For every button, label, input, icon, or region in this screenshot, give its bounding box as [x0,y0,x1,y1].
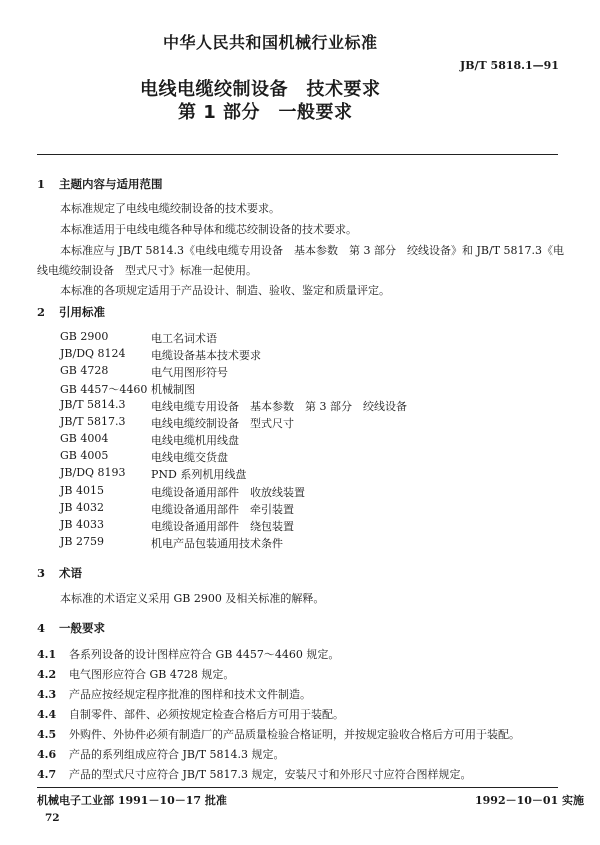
clause-number: 4.1 [37,648,69,661]
standard-code: JB/T 5818.1—91 [460,59,559,72]
approval-info: 机械电子工业部 1991－10－17 批准 [37,792,227,808]
section-4-heading: 4一般要求 [37,620,105,636]
reference-title: 电线电缆机用线盘 [151,432,239,448]
reference-code: JB 4015 [60,484,104,497]
reference-code: JB/DQ 8124 [60,347,126,360]
clause-text: 电气图形应符合 GB 4728 规定。 [69,668,234,681]
clause-number: 4.3 [37,688,69,701]
section-number: 3 [37,566,59,580]
section-title: 主题内容与适用范围 [59,177,163,191]
footer-divider [37,787,558,788]
clause-number: 4.5 [37,728,69,741]
clause-text: 外购件、外协件必须有制造厂的产品质量检验合格证明，并按规定验收合格后方可用于装配… [69,728,520,741]
reference-title: 电缆设备通用部件 牵引装置 [151,501,294,517]
paragraph: 本标准的术语定义采用 GB 2900 及相关标准的解释。 [60,590,324,606]
requirement-item: 4.4自制零件、部件、必须按规定检查合格后方可用于装配。 [37,706,344,722]
section-2-heading: 2引用标准 [37,304,105,320]
requirement-item: 4.5外购件、外协件必须有制造厂的产品质量检验合格证明，并按规定验收合格后方可用… [37,726,520,742]
reference-code: GB 4457～4460 [60,381,147,397]
paragraph: 本标准应与 JB/T 5814.3《电线电缆专用设备 基本参数 第 3 部分 绞… [60,242,564,258]
clause-text: 各系列设备的设计图样应符合 GB 4457～4460 规定。 [69,648,339,661]
reference-title: 机电产品包装通用技术条件 [151,535,283,551]
requirement-item: 4.1各系列设备的设计图样应符合 GB 4457～4460 规定。 [37,646,339,662]
reference-code: JB 4032 [60,501,104,514]
clause-text: 产品的系列组成应符合 JB/T 5814.3 规定。 [69,748,285,761]
paragraph: 本标准的各项规定适用于产品设计、制造、验收、鉴定和质量评定。 [60,282,390,298]
reference-title: 电线电缆专用设备 基本参数 第 3 部分 绞线设备 [151,398,407,414]
section-1-heading: 1主题内容与适用范围 [37,176,163,192]
header-divider [37,154,558,155]
reference-code: GB 4005 [60,449,108,462]
page-number: 72 [45,812,60,824]
requirement-item: 4.3产品应按经规定程序批准的图样和技术文件制造。 [37,686,311,702]
section-3-heading: 3术语 [37,565,82,581]
section-number: 1 [37,177,59,191]
reference-title: 电线电缆交货盘 [151,449,228,465]
clause-number: 4.7 [37,768,69,781]
paragraph-continuation: 线电缆绞制设备 型式尺寸》标准一起使用。 [37,262,257,278]
reference-code: JB 2759 [60,535,104,548]
reference-code: JB/T 5814.3 [60,398,126,411]
reference-code: GB 4728 [60,364,108,377]
reference-title: 电缆设备基本技术要求 [151,347,261,363]
reference-code: JB 4033 [60,518,104,531]
reference-code: GB 2900 [60,330,108,343]
section-title: 术语 [59,566,82,580]
reference-title: 电缆设备通用部件 绕包装置 [151,518,294,534]
clause-text: 产品应按经规定程序批准的图样和技术文件制造。 [69,688,311,701]
issuing-authority: 中华人民共和国机械行业标准 [163,30,378,53]
implementation-date: 1992－10－01 实施 [475,792,584,808]
clause-text: 产品的型式尺寸应符合 JB/T 5817.3 规定，安装尺寸和外形尺寸应符合图样… [69,768,472,781]
section-number: 2 [37,305,59,319]
clause-number: 4.2 [37,668,69,681]
document-subtitle: 第 1 部分 一般要求 [178,98,353,124]
reference-code: JB/T 5817.3 [60,415,126,428]
section-title: 引用标准 [59,305,105,319]
reference-code: GB 4004 [60,432,108,445]
requirement-item: 4.7产品的型式尺寸应符合 JB/T 5817.3 规定，安装尺寸和外形尺寸应符… [37,766,472,782]
requirement-item: 4.2电气图形应符合 GB 4728 规定。 [37,666,234,682]
paragraph: 本标准规定了电线电缆绞制设备的技术要求。 [60,200,280,216]
reference-title: 电线电缆绞制设备 型式尺寸 [151,415,294,431]
reference-code: JB/DQ 8193 [60,466,126,479]
requirement-item: 4.6产品的系列组成应符合 JB/T 5814.3 规定。 [37,746,285,762]
reference-title: 电缆设备通用部件 收放线装置 [151,484,305,500]
reference-title: 电气用图形符号 [151,364,228,380]
clause-text: 自制零件、部件、必须按规定检查合格后方可用于装配。 [69,708,344,721]
section-title: 一般要求 [59,621,105,635]
clause-number: 4.4 [37,708,69,721]
clause-number: 4.6 [37,748,69,761]
reference-title: PND 系列机用线盘 [151,466,246,482]
paragraph: 本标准适用于电线电缆各种导体和缆芯绞制设备的技术要求。 [60,221,357,237]
section-number: 4 [37,621,59,635]
reference-title: 电工名词术语 [151,330,217,346]
reference-title: 机械制图 [151,381,195,397]
